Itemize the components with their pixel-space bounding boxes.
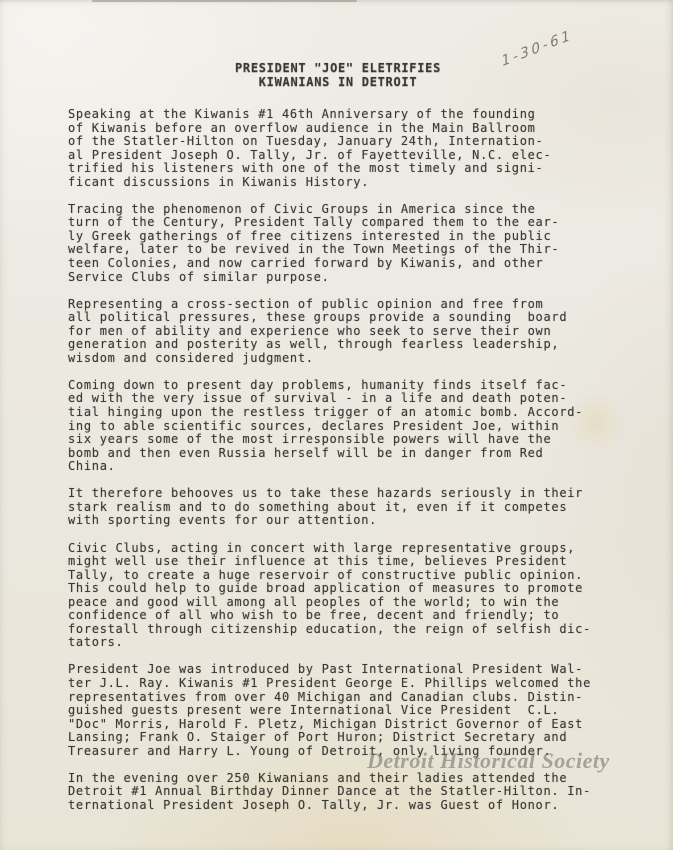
paragraph-2: Tracing the phenomenon of Civic Groups i… xyxy=(68,203,613,284)
paragraph-1: Speaking at the Kiwanis #1 46th Annivers… xyxy=(68,108,613,189)
document-body: Speaking at the Kiwanis #1 46th Annivers… xyxy=(68,108,613,826)
paragraph-3: Representing a cross-section of public o… xyxy=(68,298,613,366)
scanned-document-page: 1-30-61 PRESIDENT "JOE" ELETRIFIES KIWAN… xyxy=(0,0,673,850)
watermark-text: Detroit Historical Society xyxy=(367,748,610,774)
title-line-2: KIWANIANS IN DETROIT xyxy=(68,75,608,89)
paragraph-5: It therefore behooves us to take these h… xyxy=(68,487,613,528)
paragraph-8: In the evening over 250 Kiwanians and th… xyxy=(68,772,613,813)
paragraph-4: Coming down to present day problems, hum… xyxy=(68,379,613,474)
document-title: PRESIDENT "JOE" ELETRIFIES KIWANIANS IN … xyxy=(68,61,608,89)
paragraph-7: President Joe was introduced by Past Int… xyxy=(68,663,613,758)
title-line-1: PRESIDENT "JOE" ELETRIFIES xyxy=(68,61,608,75)
scan-edge-artifact xyxy=(92,0,357,2)
paragraph-6: Civic Clubs, acting in concert with larg… xyxy=(68,542,613,650)
